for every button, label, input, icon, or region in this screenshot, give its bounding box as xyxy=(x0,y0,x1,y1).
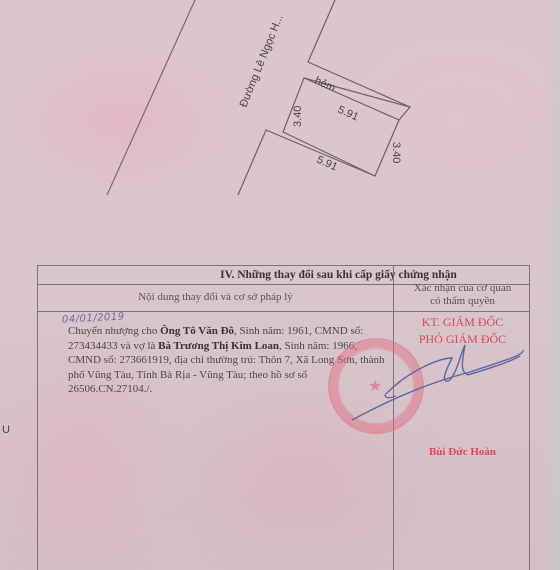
authority-line1: KT. GIÁM ĐỐC xyxy=(394,314,531,331)
land-plot-diagram: Đường Lê Ngọc H... hẻm 5.91 3.40 3.40 5.… xyxy=(0,0,560,270)
column-header-confirmation-line2: có thẩm quyền xyxy=(394,295,531,308)
authority-title: KT. GIÁM ĐỐC PHÓ GIÁM ĐỐC xyxy=(394,314,531,348)
buyer-name-2: Bà Trương Thị Kim Loan xyxy=(158,340,279,352)
entry-text-part: Chuyển nhượng cho xyxy=(68,325,160,337)
buyer-name-1: Ông Tô Văn Đô xyxy=(160,325,234,337)
star-icon: ★ xyxy=(368,376,382,396)
margin-mark: U xyxy=(2,424,10,436)
column-header-confirmation: Xác nhận của cơ quan có thẩm quyền xyxy=(394,282,531,312)
alley-label: hẻm xyxy=(313,75,337,95)
column-header-confirmation-line1: Xác nhận của cơ quan xyxy=(394,282,531,295)
changes-table: IV. Những thay đổi sau khi cấp giấy chứn… xyxy=(37,265,530,570)
column-header-content: Nội dung thay đổi và cơ sở pháp lý xyxy=(38,285,393,309)
dimension-top: 5.91 xyxy=(336,104,360,124)
street-label: Đường Lê Ngọc H... xyxy=(238,13,286,109)
authority-line2: PHÓ GIÁM ĐỐC xyxy=(394,331,531,348)
dimension-right: 3.40 xyxy=(390,142,402,163)
dimension-left: 3.40 xyxy=(292,106,304,127)
signer-name: Bùi Đức Hoàn xyxy=(394,444,531,461)
official-seal-stamp: ★ xyxy=(328,338,424,434)
